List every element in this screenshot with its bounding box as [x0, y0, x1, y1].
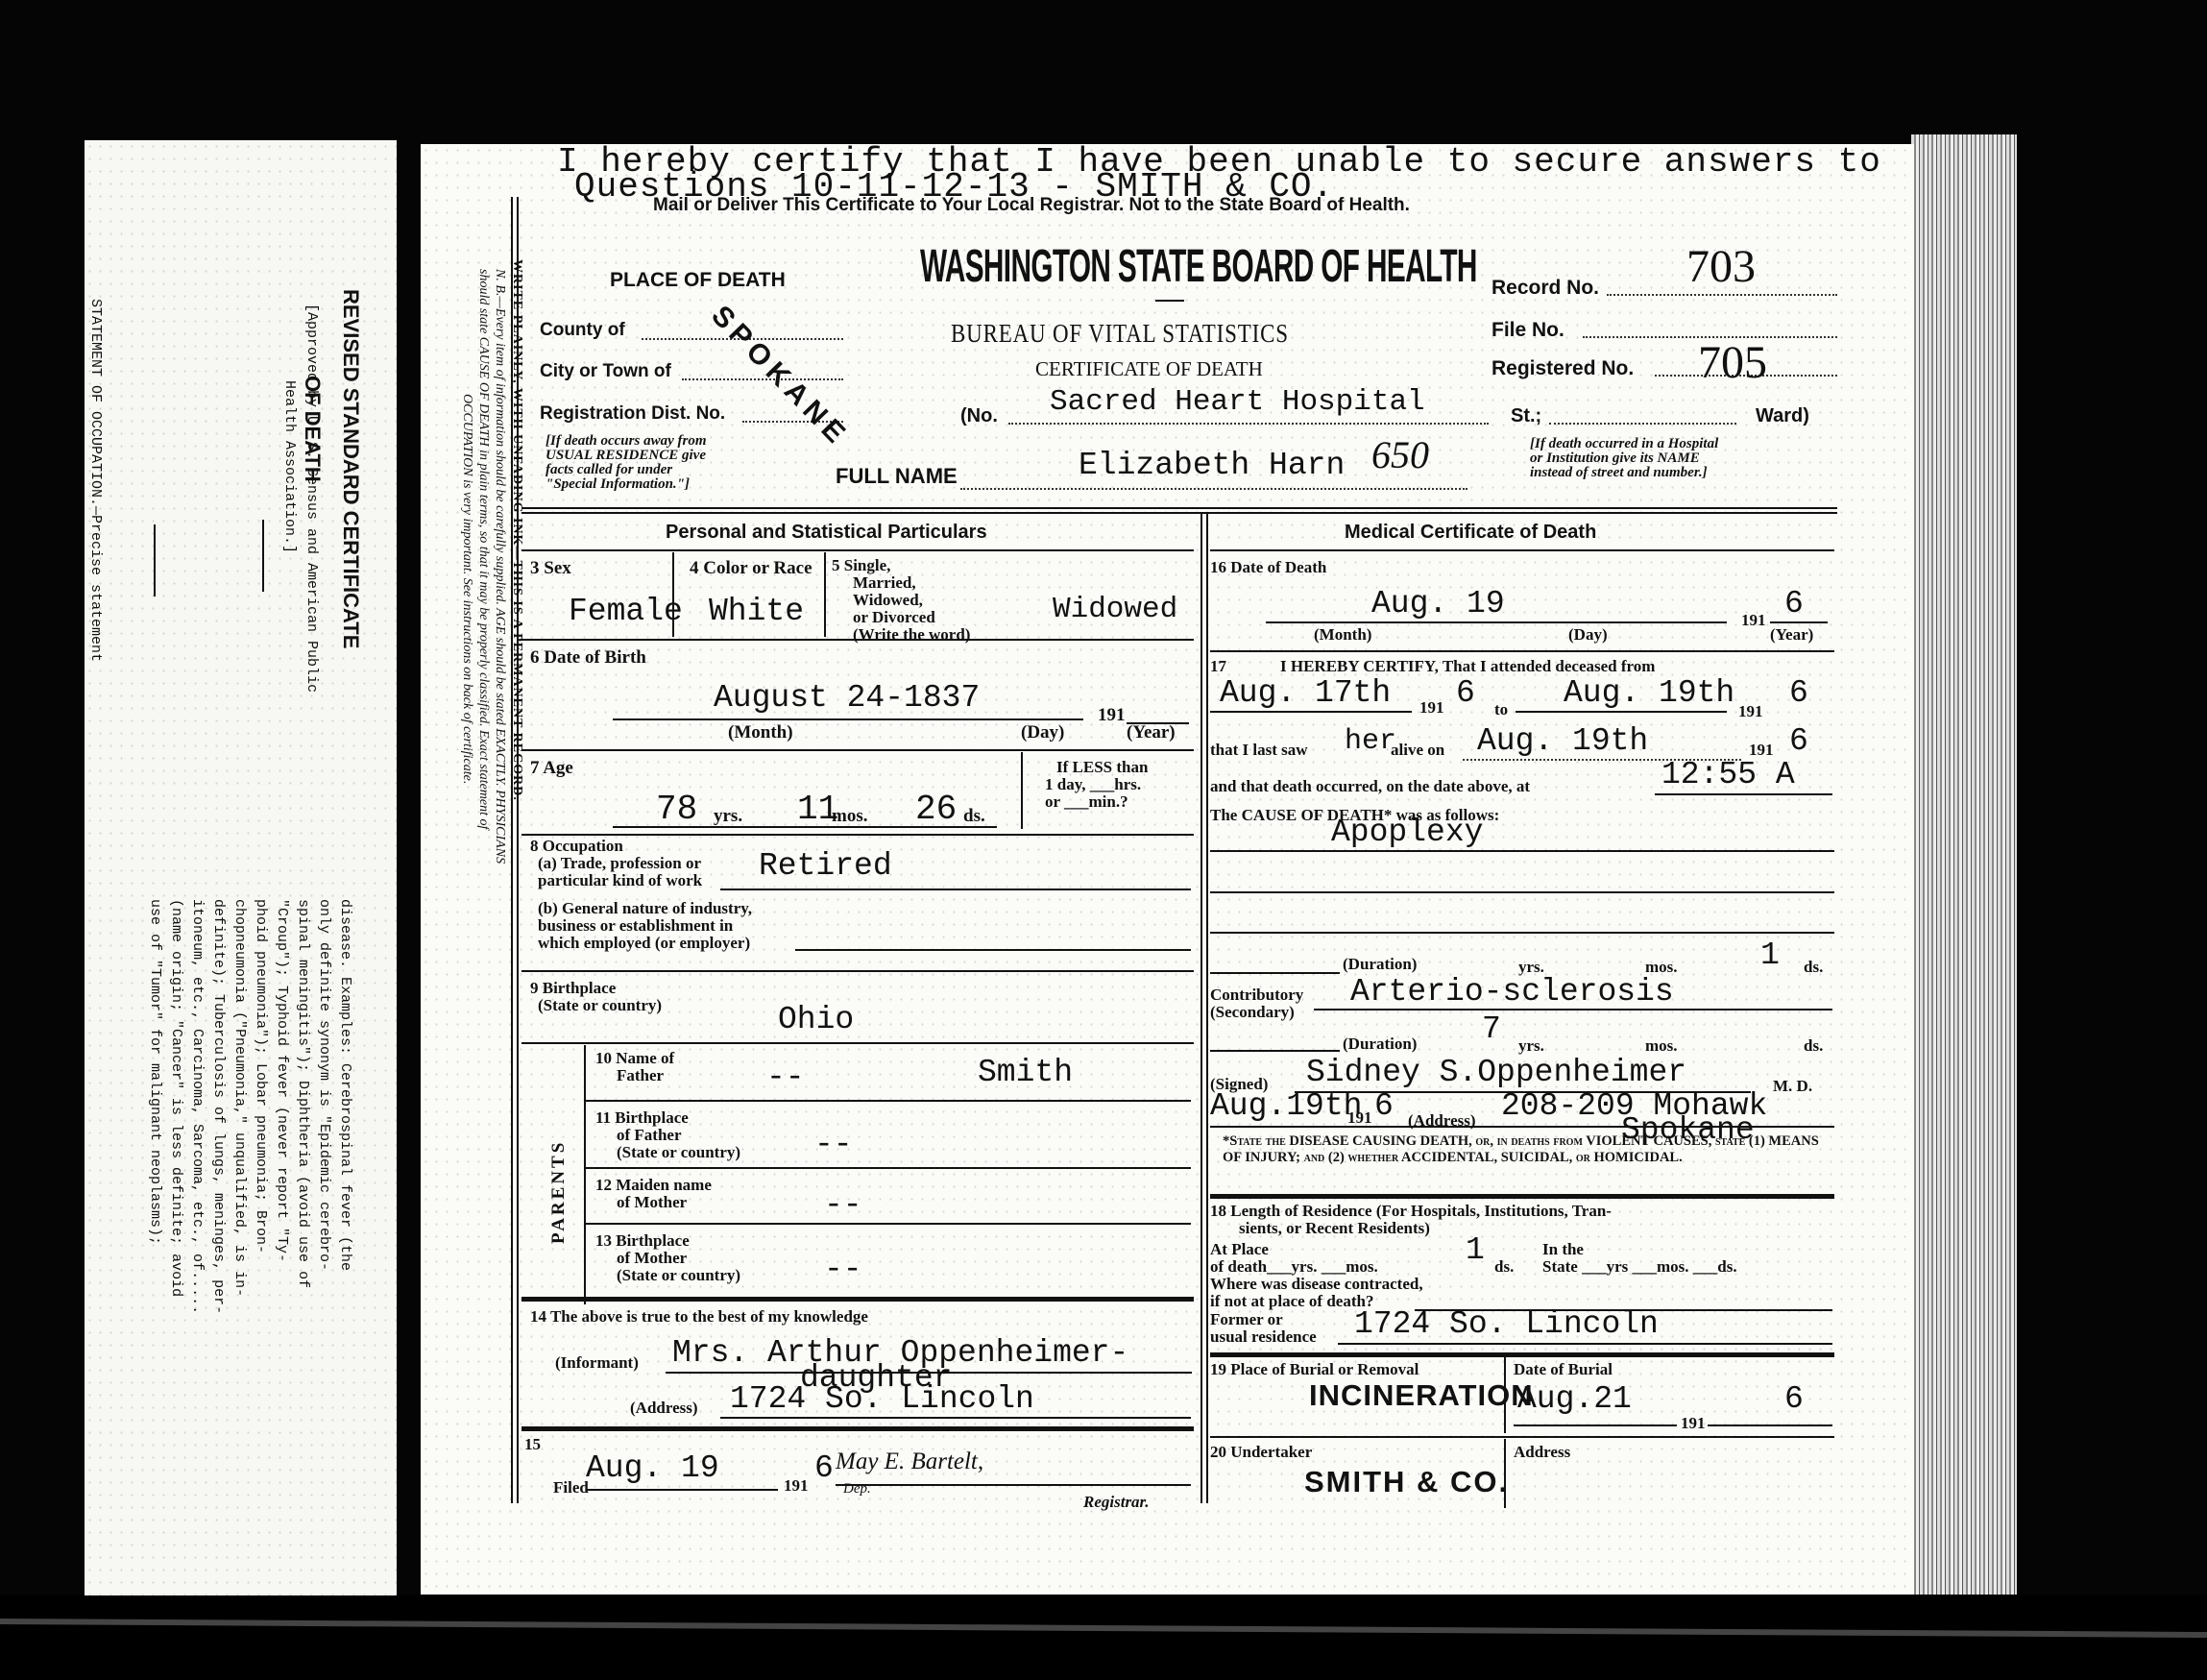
side-strip-line-2: should state CAUSE OF DEATH in plain ter…: [475, 269, 491, 829]
registration-district-label: Registration Dist. No.: [540, 403, 725, 425]
filed-line: [586, 1489, 778, 1491]
rule: [586, 1223, 1191, 1225]
burial-year: 6: [1784, 1383, 1804, 1416]
attended-to-year-prefix: 191: [1738, 703, 1763, 720]
rule-thick: [521, 1426, 1194, 1431]
physician-name: Sidney S.Oppenheimer: [1306, 1057, 1686, 1089]
header-rule-2: [521, 512, 1837, 514]
rule-thick: [1210, 1194, 1834, 1199]
death-time-line: [1655, 793, 1832, 795]
rule: [824, 552, 826, 637]
file-no-label: File No.: [1492, 319, 1564, 342]
burial-year-line: [1708, 1424, 1832, 1426]
father-name-label: 10 Name of Father: [595, 1050, 674, 1084]
occupation-b-label: (b) General nature of industry, business…: [538, 900, 752, 952]
contributory-line: [1314, 1009, 1832, 1010]
board-title: WASHINGTON STATE BOARD OF HEALTH: [920, 240, 1477, 293]
side-strip-line-1: N. B.—Every item of information should b…: [492, 269, 507, 864]
dod-year: 6: [1784, 588, 1804, 621]
dob-day-caption: (Day): [1021, 723, 1064, 743]
contributory-value: Arterio-sclerosis: [1350, 976, 1674, 1009]
residence-label: 18 Length of Residence (For Hospitals, I…: [1210, 1203, 1612, 1237]
attended-from: Aug. 17th: [1220, 677, 1391, 710]
at-place-days: 1: [1466, 1234, 1485, 1267]
rule: [672, 552, 674, 637]
less-than-day-label: If LESS than 1 day, ___hrs. or ___min.?: [1045, 759, 1148, 811]
attended-to: Aug. 19th: [1564, 677, 1734, 710]
filed-year-prefix: 191: [784, 1477, 809, 1495]
parents-label: PARENTS: [548, 1140, 570, 1244]
contributory-ds: ds.: [1804, 1037, 1823, 1055]
father-birthplace-label: 11 Birthplace of Father (State or countr…: [595, 1109, 740, 1161]
occupation-value: Retired: [759, 850, 892, 883]
ward-line: [1549, 423, 1736, 425]
rule: [586, 1167, 1191, 1169]
bureau-title: BUREAU OF VITAL STATISTICS: [951, 319, 1289, 349]
header-rule: [521, 507, 1837, 509]
age-yrs-label: yrs.: [714, 807, 742, 826]
informant-address-label: (Address): [630, 1400, 698, 1417]
record-no-value: 703: [1686, 240, 1756, 293]
attended-from-line: [1210, 711, 1412, 713]
mother-maiden-label: 12 Maiden name of Mother: [595, 1177, 712, 1211]
away-note: [If death occurs away from USUAL RESIDEN…: [546, 434, 718, 492]
sex-value: Female: [569, 596, 683, 628]
street-no-label: (No.: [960, 405, 998, 427]
former-residence-label: Former or usual residence: [1210, 1311, 1317, 1346]
rule: [1504, 1356, 1506, 1433]
record-no-label: Record No.: [1492, 277, 1599, 300]
sex-label: 3 Sex: [530, 559, 571, 578]
cause-duration-days: 1: [1760, 939, 1780, 972]
certify-statement: I HEREBY CERTIFY, That I attended deceas…: [1280, 658, 1655, 675]
attended-to-year: 6: [1789, 677, 1808, 710]
rule: [1210, 650, 1834, 652]
certificate-title: CERTIFICATE OF DEATH: [1035, 357, 1263, 381]
filed-date: Aug. 19: [586, 1452, 719, 1485]
attended-from-year-prefix: 191: [1419, 699, 1444, 717]
cause-duration-ds: ds.: [1804, 959, 1823, 976]
record-no-line: [1607, 294, 1837, 296]
mail-notice: Mail or Deliver This Certificate to Your…: [653, 195, 1410, 216]
full-name-annotation: 650: [1371, 432, 1429, 477]
rule-thick: [521, 1297, 1194, 1302]
form-left-border-inner: [517, 197, 519, 1503]
cause-line: [1210, 850, 1834, 852]
form-left-border: [511, 197, 513, 1503]
pronoun: her: [1345, 725, 1396, 758]
burial-date-label: Date of Burial: [1514, 1361, 1613, 1378]
street-label: St.;: [1511, 405, 1541, 427]
cause-value: Apoplexy: [1331, 816, 1483, 849]
md-label: M. D.: [1773, 1078, 1812, 1095]
left-panel-statement-heading: STATEMENT OF OCCUPATION.—Precise stateme…: [87, 299, 104, 662]
title-divider: [1155, 300, 1184, 302]
alive-on-label: alive on: [1391, 742, 1444, 759]
contributory-duration-years: 7: [1482, 1013, 1501, 1046]
at-place-label: At Place of death___yrs. ___mos.: [1210, 1241, 1378, 1276]
rule: [521, 549, 1194, 551]
informant-header: 14 The above is true to the best of my k…: [530, 1308, 868, 1326]
certify-number: 17: [1210, 658, 1226, 675]
father-birthplace-value: --: [814, 1129, 853, 1161]
occupation-a-line: [720, 889, 1191, 890]
place-of-death-label: PLACE OF DEATH: [610, 269, 786, 292]
signed-date: Aug.19th: [1210, 1090, 1362, 1123]
occupation-a-label: (a) Trade, profession or particular kind…: [538, 855, 702, 889]
dob-month-caption: (Month): [728, 723, 793, 743]
burial-date-line: [1514, 1424, 1677, 1426]
birthplace-value: Ohio: [778, 1004, 854, 1036]
full-name-label: FULL NAME: [836, 464, 958, 489]
filed-number: 15: [524, 1436, 541, 1453]
institution-name: Sacred Heart Hospital: [1050, 386, 1425, 419]
cause-line-3: [1210, 932, 1834, 934]
dob-label: 6 Date of Birth: [530, 648, 646, 668]
left-panel-title-1: REVISED STANDARD CERTIFICATE: [338, 289, 363, 648]
last-saw-date: Aug. 19th: [1477, 725, 1648, 758]
age-ds-label: ds.: [963, 807, 985, 826]
last-saw-year: 6: [1789, 725, 1808, 758]
to-label: to: [1494, 701, 1508, 718]
left-panel-approved-1: [Approved by U. S. Census and American P…: [303, 304, 320, 693]
filed-label: Filed: [553, 1479, 589, 1497]
dob-line: [613, 718, 1083, 720]
informant-address-line: [720, 1417, 1191, 1419]
occupation-b-line: [795, 949, 1191, 951]
rule: [586, 1100, 1191, 1102]
duration-line: [1210, 972, 1340, 974]
death-certificate: WRITE PLAINLY, WITH UNFADING INK—THIS IS…: [421, 144, 1914, 1595]
cause-duration-label: (Duration): [1343, 956, 1417, 973]
former-residence-line: [1338, 1343, 1832, 1345]
burial-date-value: Aug.21: [1517, 1383, 1632, 1416]
burial-year-prefix: 191: [1681, 1415, 1706, 1432]
rule: [521, 1042, 1194, 1044]
contracted-label: Where was disease contracted, if not at …: [1210, 1276, 1423, 1310]
book-page-edges: [1911, 134, 2017, 1595]
death-occurred-label: and that death occurred, on the date abo…: [1210, 778, 1530, 795]
signed-year: 6: [1374, 1090, 1394, 1123]
hospital-note: [If death occurred in a Hospital or Inst…: [1530, 437, 1722, 480]
age-line: [613, 826, 997, 828]
registered-no-value: 705: [1698, 336, 1767, 389]
rule: [521, 639, 1194, 641]
father-name-dash: --: [766, 1061, 805, 1094]
dod-value: Aug. 19: [1371, 588, 1505, 621]
background-floor: [0, 1595, 2207, 1680]
attended-to-line: [1516, 711, 1727, 713]
full-name-value: Elizabeth Harn: [1079, 450, 1345, 482]
age-days: 26: [915, 793, 957, 826]
registered-no-label: Registered No.: [1492, 357, 1634, 380]
informant-address-value: 1724 So. Lincoln: [730, 1383, 1034, 1416]
left-panel-instructions: REVISED STANDARD CERTIFICATE OF DEATH [A…: [85, 140, 397, 1595]
ward-label: Ward): [1756, 405, 1809, 427]
rule: [521, 970, 1194, 972]
at-place-ds-label: ds.: [1494, 1258, 1514, 1276]
side-strip-line-3: OCCUPATION is very important. See instru…: [459, 394, 474, 784]
birthplace-label: 9 Birthplace (State or country): [530, 980, 662, 1014]
street-line: [1008, 423, 1489, 425]
rule-thick: [1210, 1352, 1834, 1357]
duration-line: [1210, 1050, 1340, 1052]
left-panel-rule: [262, 520, 264, 592]
rule: [521, 749, 1194, 751]
undertaker-value: SMITH & CO.: [1304, 1465, 1509, 1499]
left-panel-rule-2: [154, 524, 156, 597]
dod-label: 16 Date of Death: [1210, 559, 1326, 576]
full-name-line: [960, 488, 1467, 490]
death-time: 12:55 A: [1661, 759, 1795, 791]
left-panel-approved-2: Health Association.]: [281, 380, 298, 553]
cause-line-2: [1210, 891, 1834, 893]
filed-year: 6: [814, 1452, 834, 1485]
registrar-line: [836, 1484, 1191, 1486]
center-divider-2: [1206, 514, 1208, 1503]
mother-maiden-value: --: [824, 1189, 862, 1222]
mother-birthplace-value: --: [824, 1254, 862, 1286]
dod-day-caption: (Day): [1568, 626, 1608, 644]
age-label: 7 Age: [530, 759, 573, 778]
race-label: 4 Color or Race: [690, 559, 812, 578]
dod-year-caption: (Year): [1770, 626, 1813, 644]
contributory-label: Contributory (Secondary): [1210, 986, 1303, 1021]
rule: [1021, 752, 1023, 829]
father-name-value: Smith: [978, 1057, 1073, 1089]
personal-section-title: Personal and Statistical Particulars: [666, 522, 987, 544]
attended-from-year: 6: [1456, 677, 1475, 710]
race-value: White: [709, 596, 804, 628]
mother-birthplace-label: 13 Birthplace of Mother (State or countr…: [595, 1232, 740, 1284]
dod-year-prefix: 191: [1741, 612, 1766, 629]
parents-divider: [584, 1045, 586, 1304]
former-residence-value: 1724 So. Lincoln: [1354, 1308, 1659, 1341]
marital-value: Widowed: [1053, 594, 1177, 626]
in-state-label: In the State ___yrs ___mos. ___ds.: [1542, 1241, 1737, 1276]
dob-year-prefix: 191: [1098, 706, 1126, 725]
marital-label: 5 Single, Married, Widowed, or Divorced …: [832, 557, 970, 644]
age-mos-label: mos.: [832, 807, 867, 826]
dob-value: August 24-1837: [714, 682, 980, 715]
contributory-duration-label: (Duration): [1343, 1035, 1417, 1053]
rule: [1210, 549, 1834, 551]
rule: [521, 834, 1194, 836]
county-stamp-spokane: SPOKANE: [705, 300, 856, 454]
contributory-mos: mos.: [1645, 1037, 1678, 1055]
center-divider: [1201, 514, 1202, 1503]
rule: [1210, 1436, 1834, 1438]
age-years: 78: [656, 793, 697, 826]
registrar-signature: May E. Bartelt,: [836, 1449, 983, 1475]
rule: [1504, 1439, 1506, 1508]
dod-year-line: [1770, 621, 1828, 623]
dob-year-caption: (Year): [1127, 723, 1176, 743]
cause-footnote: *State the DISEASE CAUSING DEATH, or, in…: [1223, 1133, 1837, 1166]
undertaker-address-label: Address: [1514, 1444, 1570, 1461]
burial-place-value: INCINERATION: [1309, 1378, 1534, 1413]
last-saw-label: that I last saw: [1210, 742, 1308, 759]
city-label: City or Town of: [540, 361, 671, 382]
county-label: County of: [540, 320, 625, 341]
informant-label: (Informant): [555, 1354, 639, 1372]
registrar-label: Registrar.: [1083, 1494, 1150, 1510]
medical-section-title: Medical Certificate of Death: [1345, 522, 1596, 544]
dod-line: [1266, 621, 1727, 623]
occupation-label: 8 Occupation: [530, 838, 623, 855]
contributory-yrs: yrs.: [1518, 1037, 1544, 1055]
undertaker-label: 20 Undertaker: [1210, 1444, 1312, 1461]
burial-place-label: 19 Place of Burial or Removal: [1210, 1361, 1419, 1378]
dod-month-caption: (Month): [1314, 626, 1371, 644]
signed-year-prefix: 191: [1347, 1109, 1372, 1127]
